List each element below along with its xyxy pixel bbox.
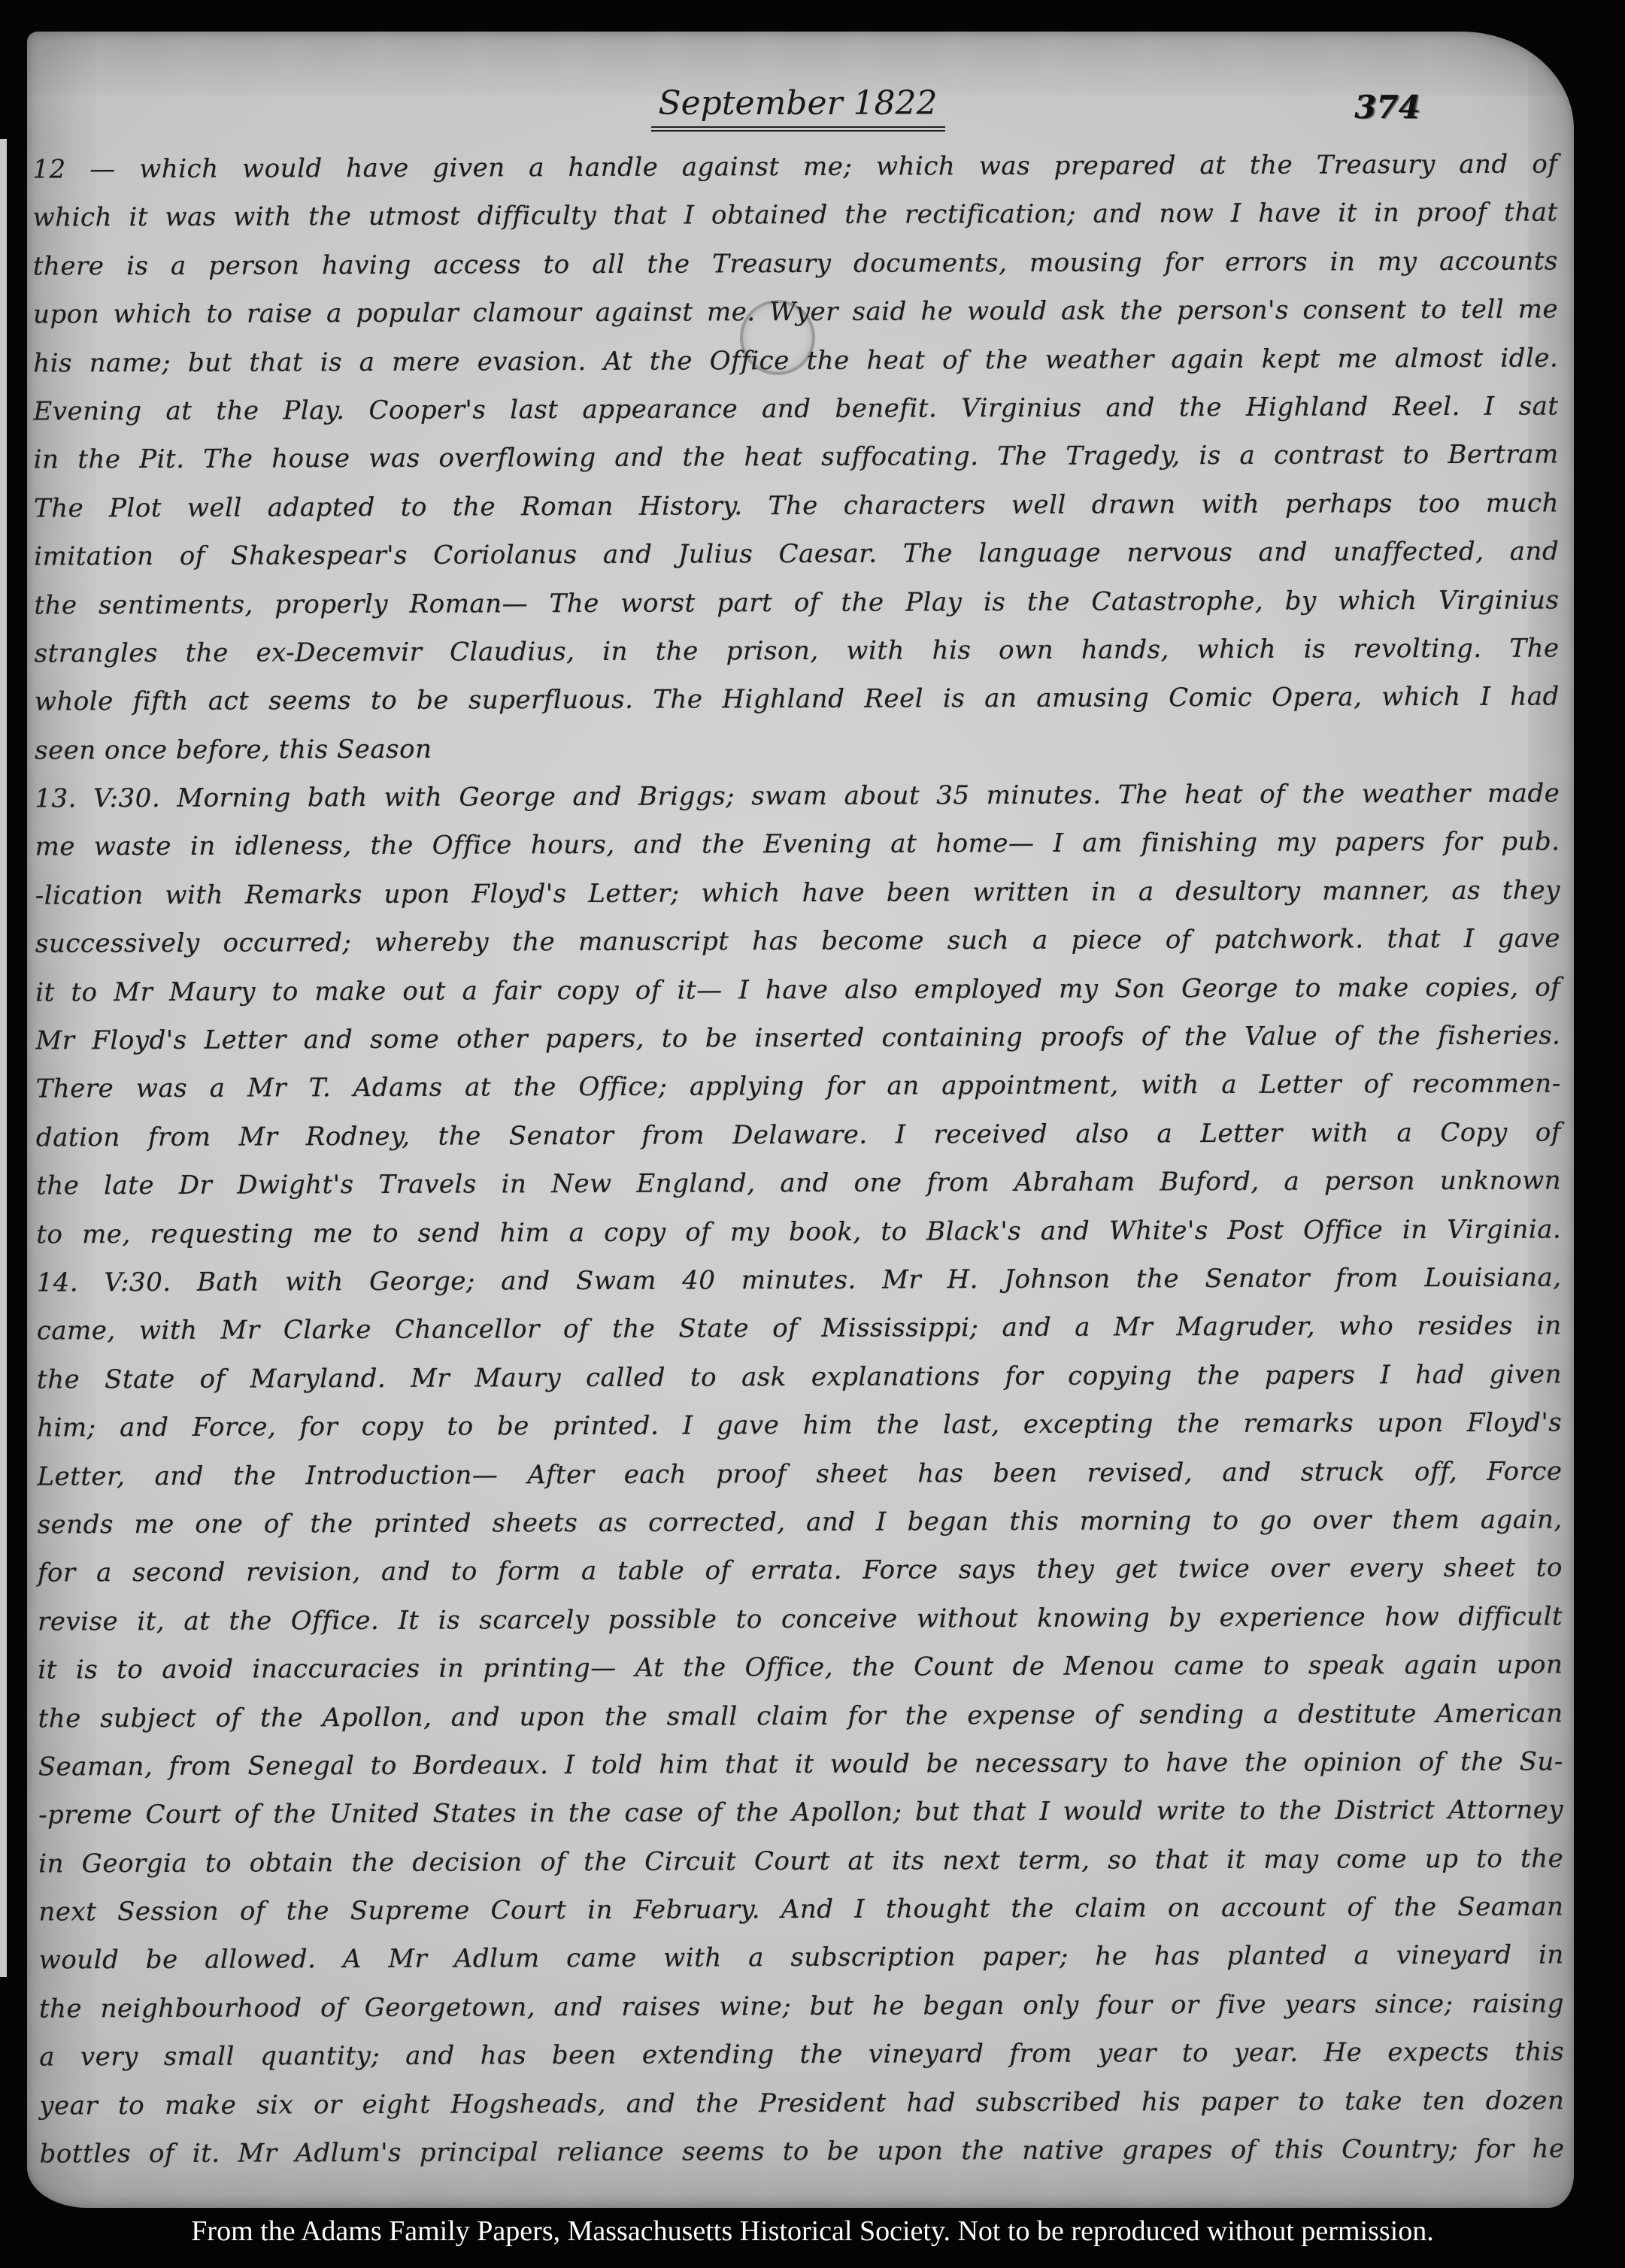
manuscript-line: a very small quantity; and has been exte… — [39, 2028, 1564, 2082]
manuscript-line: in the Pit. The house was overflowing an… — [34, 431, 1559, 484]
manuscript-line: it is to avoid inaccuracies in printing—… — [38, 1641, 1563, 1694]
manuscript-line: whole fifth act seems to be superfluous.… — [35, 673, 1560, 726]
manuscript-line: the neighbourhood of Georgetown, and rai… — [39, 1979, 1564, 2033]
manuscript-line: 14. V:30. Bath with George; and Swam 40 … — [36, 1253, 1561, 1307]
page-number: 374 — [1323, 89, 1451, 126]
scan-edge-sliver — [0, 139, 7, 1977]
manuscript-line: bottles of it. Mr Adlum's principal reli… — [40, 2124, 1565, 2178]
manuscript-line: Mr Floyd's Letter and some other papers,… — [35, 1011, 1560, 1064]
manuscript-line: it to Mr Maury to make out a fair copy o… — [35, 963, 1560, 1016]
manuscript-line: to me, requesting me to send him a copy … — [36, 1205, 1561, 1258]
manuscript-line: came, with Mr Clarke Chancellor of the S… — [37, 1302, 1562, 1355]
manuscript-line: seen once before, this Season — [35, 721, 1560, 774]
manuscript-line: the late Dr Dwight's Travels in New Engl… — [36, 1157, 1561, 1210]
manuscript-paper: September 1822 374 12 — which would have… — [27, 32, 1574, 2208]
manuscript-line: me waste in idleness, the Office hours, … — [35, 818, 1560, 871]
manuscript-line: There was a Mr T. Adams at the Office; a… — [36, 1060, 1561, 1113]
manuscript-line: successively occurred; whereby the manus… — [35, 915, 1560, 968]
manuscript-line: The Plot well adapted to the Roman Histo… — [34, 479, 1559, 532]
manuscript-line: there is a person having access to all t… — [33, 237, 1558, 290]
manuscript-line: dation from Mr Rodney, the Senator from … — [36, 1108, 1561, 1161]
handwritten-text-block: 12 — which would have given a handle aga… — [32, 140, 1564, 2178]
manuscript-line: Evening at the Play. Cooper's last appea… — [33, 382, 1558, 435]
manuscript-line: strangles the ex-Decemvir Claudius, in t… — [35, 624, 1560, 677]
manuscript-line: his name; but that is a mere evasion. At… — [33, 334, 1558, 387]
manuscript-line: revise it, at the Office. It is scarcely… — [38, 1592, 1563, 1646]
manuscript-line: Seaman, from Senegal to Bordeaux. I told… — [38, 1737, 1563, 1791]
manuscript-line: the sentiments, properly Roman— The wors… — [34, 576, 1559, 629]
manuscript-line: 13. V:30. Morning bath with George and B… — [35, 770, 1560, 823]
archive-credit-line: From the Adams Family Papers, Massachuse… — [0, 2215, 1625, 2248]
manuscript-line: in Georgia to obtain the decision of the… — [38, 1834, 1563, 1888]
manuscript-line: the subject of the Apollon, and upon the… — [38, 1689, 1563, 1743]
manuscript-line: -lication with Remarks upon Floyd's Lett… — [35, 866, 1560, 919]
page-date-heading: September 1822 — [636, 84, 960, 132]
manuscript-line: next Session of the Supreme Court in Feb… — [38, 1883, 1563, 1936]
manuscript-line: 12 — which would have given a handle aga… — [32, 140, 1557, 193]
manuscript-line: which it was with the utmost difficulty … — [33, 189, 1558, 242]
manuscript-line: upon which to raise a popular clamour ag… — [33, 286, 1558, 339]
scanned-page: September 1822 374 12 — which would have… — [0, 0, 1625, 2268]
manuscript-line: year to make six or eight Hogsheads, and… — [39, 2076, 1564, 2130]
manuscript-line: -preme Court of the United States in the… — [38, 1786, 1563, 1840]
manuscript-line: sends me one of the printed sheets as co… — [38, 1495, 1563, 1549]
manuscript-line: imitation of Shakespear's Coriolanus and… — [34, 528, 1559, 581]
manuscript-line: the State of Maryland. Mr Maury called t… — [37, 1350, 1562, 1403]
manuscript-line: would be allowed. A Mr Adlum came with a… — [39, 1931, 1564, 1985]
date-heading-text: September 1822 — [651, 84, 945, 132]
manuscript-line: for a second revision, and to form a tab… — [38, 1544, 1563, 1597]
manuscript-line: him; and Force, for copy to be printed. … — [37, 1399, 1562, 1452]
manuscript-line: Letter, and the Introduction— After each… — [37, 1447, 1562, 1500]
